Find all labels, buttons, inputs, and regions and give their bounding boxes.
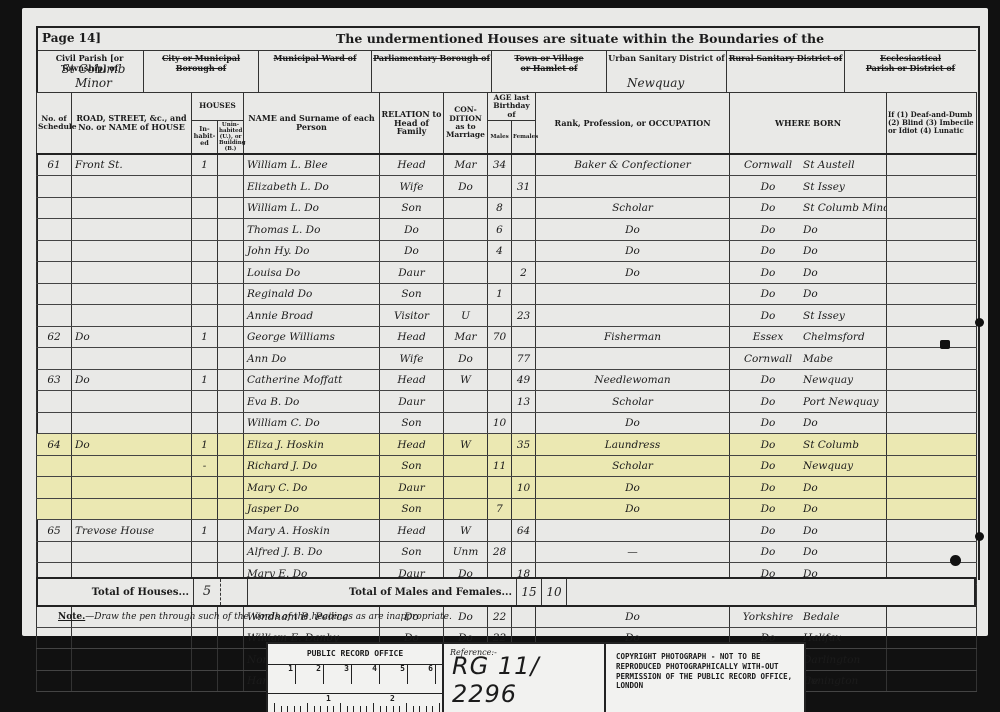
ruler-tick xyxy=(406,703,407,712)
relation: Daur xyxy=(380,262,444,284)
road-name: Do xyxy=(72,369,192,391)
total-houses-value: 5 xyxy=(193,579,221,605)
road-name xyxy=(72,670,192,692)
inhabited-count: 1 xyxy=(192,369,218,391)
person-name: William L. Do xyxy=(244,197,380,219)
schedule-number xyxy=(37,197,72,219)
relation: Head xyxy=(380,434,444,456)
total-persons-label: Total of Males and Females... xyxy=(248,587,516,598)
birthplace: CornwallMabe xyxy=(730,348,887,370)
person-name: Alfred J. B. Do xyxy=(244,541,380,563)
road-name xyxy=(72,627,192,649)
infirmity xyxy=(887,348,977,370)
born-place: Do xyxy=(803,482,818,494)
occupation xyxy=(536,520,730,542)
inhabited-count: - xyxy=(192,455,218,477)
col-inhabited: In-habit-ed xyxy=(192,120,218,154)
table-row: Louisa DoDaur2DoDoDo xyxy=(37,262,977,284)
ruler-tick xyxy=(320,706,321,712)
occupation: Scholar xyxy=(536,455,730,477)
born-county: Do xyxy=(733,374,803,386)
inhabited-count xyxy=(192,262,218,284)
col-where-born: WHERE BORN xyxy=(730,93,887,154)
ruler-tick xyxy=(380,706,381,712)
table-row: -Richard J. DoSon11ScholarDoNewquay xyxy=(37,455,977,477)
uninhabited-count xyxy=(218,240,244,262)
condition: U xyxy=(444,305,488,327)
road-name: Do xyxy=(72,326,192,348)
born-county: Do xyxy=(733,396,803,408)
schedule-number xyxy=(37,649,72,671)
birthplace: DoDo xyxy=(730,498,887,520)
born-place: Do xyxy=(803,546,818,558)
road-name xyxy=(72,262,192,284)
inhabited-count: 1 xyxy=(192,326,218,348)
road-name xyxy=(72,412,192,434)
ruler-tick xyxy=(360,706,361,712)
uninhabited-count xyxy=(218,670,244,692)
col-name: NAME and Surname of each Person xyxy=(244,93,380,154)
road-name xyxy=(72,649,192,671)
inhabited-count: 1 xyxy=(192,154,218,176)
person-name: William C. Do xyxy=(244,412,380,434)
schedule-number xyxy=(37,262,72,284)
schedule-number xyxy=(37,305,72,327)
schedule-number xyxy=(37,240,72,262)
uninhabited-count xyxy=(218,391,244,413)
age-male xyxy=(488,434,512,456)
age-female xyxy=(512,283,536,305)
total-houses-label: Total of Houses... xyxy=(38,587,193,598)
table-row: Jasper DoSon7DoDoDo xyxy=(37,498,977,520)
age-male xyxy=(488,369,512,391)
inhabited-count xyxy=(192,670,218,692)
age-male xyxy=(488,477,512,499)
age-male: 22 xyxy=(488,606,512,628)
ruler-number: 1 xyxy=(326,694,331,703)
inhabited-count xyxy=(192,219,218,241)
condition xyxy=(444,455,488,477)
birthplace: YorkshireBedale xyxy=(730,606,887,628)
inhabited-count: 1 xyxy=(192,434,218,456)
uninhabited-count xyxy=(218,627,244,649)
born-place: Do xyxy=(803,267,818,279)
scale-cell: 6 xyxy=(408,664,436,684)
born-county: Essex xyxy=(733,331,803,343)
table-row: 61Front St.1William L. BleeHeadMar34Bake… xyxy=(37,154,977,176)
condition xyxy=(444,262,488,284)
division-municipal-ward: Municipal Ward of xyxy=(259,50,372,92)
born-place: St Issey xyxy=(803,310,845,322)
uninhabited-count xyxy=(218,197,244,219)
born-place: Newquay xyxy=(803,460,853,472)
total-females: 10 xyxy=(542,579,567,605)
infirmity xyxy=(887,541,977,563)
uninhabited-count xyxy=(218,541,244,563)
col-age: AGE last Birthday of xyxy=(488,93,536,121)
occupation xyxy=(536,305,730,327)
road-name xyxy=(72,305,192,327)
ruler: 12 xyxy=(268,693,442,712)
occupation: Do xyxy=(536,262,730,284)
age-female xyxy=(512,240,536,262)
infirmity xyxy=(887,154,977,176)
infirmity xyxy=(887,455,977,477)
born-place: Mabe xyxy=(803,353,833,365)
born-county: Do xyxy=(733,181,803,193)
born-county: Cornwall xyxy=(733,159,803,171)
road-name xyxy=(72,391,192,413)
col-schedule: No. of Schedule xyxy=(37,93,72,154)
inhabited-count: 1 xyxy=(192,520,218,542)
relation: Do xyxy=(380,240,444,262)
record-office-title: PUBLIC RECORD OFFICE xyxy=(268,644,442,665)
person-name: John Hy. Do xyxy=(244,240,380,262)
table-row: William C. DoSon10DoDoDo xyxy=(37,412,977,434)
uninhabited-count xyxy=(218,498,244,520)
condition xyxy=(444,197,488,219)
col-uninhabited: Unin-habited (U.), or Building (B.) xyxy=(218,120,244,154)
relation: Visitor xyxy=(380,305,444,327)
schedule-number: 64 xyxy=(37,434,72,456)
condition: Unm xyxy=(444,541,488,563)
inhabited-count xyxy=(192,197,218,219)
relation: Son xyxy=(380,283,444,305)
totals-row: Total of Houses... 5 Total of Males and … xyxy=(36,577,976,607)
occupation: Do xyxy=(536,606,730,628)
born-county: Do xyxy=(733,460,803,472)
schedule-number xyxy=(37,498,72,520)
condition: W xyxy=(444,369,488,391)
born-county: Do xyxy=(733,224,803,236)
table-row: Ann DoWifeDo77CornwallMabe xyxy=(37,348,977,370)
born-county: Do xyxy=(733,482,803,494)
table-row: 64Do1Eliza J. HoskinHeadW35LaundressDoSt… xyxy=(37,434,977,456)
age-male: 11 xyxy=(488,455,512,477)
uninhabited-count xyxy=(218,326,244,348)
ruler-tick xyxy=(426,706,427,712)
ruler-tick xyxy=(353,706,354,712)
total-spacer xyxy=(221,579,248,605)
age-female xyxy=(512,326,536,348)
person-name: Thomas L. Do xyxy=(244,219,380,241)
schedule-number xyxy=(37,477,72,499)
person-name: George Williams xyxy=(244,326,380,348)
col-condition: CON-DITION as to Marriage xyxy=(444,93,488,154)
ruler-tick xyxy=(393,706,394,712)
ruler-tick xyxy=(281,706,282,712)
ruler-tick xyxy=(314,706,315,712)
inhabited-count xyxy=(192,283,218,305)
occupation: Do xyxy=(536,219,730,241)
schedule-number xyxy=(37,176,72,198)
ruler-tick xyxy=(419,706,420,712)
birthplace: DoDo xyxy=(730,219,887,241)
relation: Do xyxy=(380,219,444,241)
infirmity xyxy=(887,520,977,542)
birthplace: DoDo xyxy=(730,477,887,499)
table-row: Elizabeth L. DoWifeDo31DoSt Issey xyxy=(37,176,977,198)
birthplace: DoDo xyxy=(730,520,887,542)
total-males: 15 xyxy=(516,579,542,605)
birthplace: DoDo xyxy=(730,262,887,284)
person-name: Annie Broad xyxy=(244,305,380,327)
schedule-number xyxy=(37,670,72,692)
birthplace: DoSt Issey xyxy=(730,305,887,327)
age-female: 49 xyxy=(512,369,536,391)
ruler-tick xyxy=(340,703,341,712)
condition: Do xyxy=(444,176,488,198)
condition xyxy=(444,240,488,262)
scale-cell: 3 xyxy=(324,664,352,684)
schedule-number xyxy=(37,391,72,413)
condition: Mar xyxy=(444,154,488,176)
division-label: Rural Sanitary District of xyxy=(727,53,844,63)
birthplace: DoNewquay xyxy=(730,369,887,391)
age-female: 35 xyxy=(512,434,536,456)
born-county: Do xyxy=(733,310,803,322)
relation: Son xyxy=(380,455,444,477)
note-lead: Note. xyxy=(58,612,85,622)
relation: Son xyxy=(380,498,444,520)
uninhabited-count xyxy=(218,176,244,198)
age-male: 1 xyxy=(488,283,512,305)
division-ecclesiastical-parish: Ecclesiastical Parish or District of xyxy=(845,50,976,92)
table-row: Alfred J. B. DoSonUnm28—DoDo xyxy=(37,541,977,563)
age-male: 34 xyxy=(488,154,512,176)
inhabited-count xyxy=(192,348,218,370)
age-male: 28 xyxy=(488,541,512,563)
birthplace: DoNewquay xyxy=(730,455,887,477)
infirmity xyxy=(887,197,977,219)
schedule-number: 61 xyxy=(37,154,72,176)
schedule-number xyxy=(37,541,72,563)
age-male xyxy=(488,391,512,413)
condition: W xyxy=(444,520,488,542)
born-county: Do xyxy=(733,417,803,429)
occupation: Fisherman xyxy=(536,326,730,348)
relation: Son xyxy=(380,541,444,563)
born-place: Bedale xyxy=(803,611,839,623)
relation: Wife xyxy=(380,176,444,198)
road-name xyxy=(72,498,192,520)
person-name: Reginald Do xyxy=(244,283,380,305)
ruler-tick xyxy=(347,706,348,712)
birthplace: DoDo xyxy=(730,412,887,434)
infirmity xyxy=(887,326,977,348)
age-female xyxy=(512,606,536,628)
occupation: Needlewoman xyxy=(536,369,730,391)
schedule-number: 63 xyxy=(37,369,72,391)
condition xyxy=(444,283,488,305)
infirmity xyxy=(887,176,977,198)
schedule-number xyxy=(37,455,72,477)
schedule-number xyxy=(37,627,72,649)
born-place: Halifax xyxy=(803,632,841,644)
person-name: Eva B. Do xyxy=(244,391,380,413)
person-name: Richard J. Do xyxy=(244,455,380,477)
birthplace: CornwallSt Austell xyxy=(730,154,887,176)
infirmity xyxy=(887,219,977,241)
condition xyxy=(444,412,488,434)
infirmity xyxy=(887,627,977,649)
condition xyxy=(444,477,488,499)
inhabited-count xyxy=(192,541,218,563)
infirmity xyxy=(887,434,977,456)
division-value: Newquay xyxy=(627,76,684,90)
relation: Son xyxy=(380,197,444,219)
division-civil-parish: Civil Parish [or Township] of St Columb … xyxy=(36,50,144,92)
division-label: City or Municipal Borough of xyxy=(144,53,258,73)
ruler-tick xyxy=(432,706,433,712)
ruler-tick xyxy=(333,706,334,712)
age-male xyxy=(488,176,512,198)
ruler-number: 2 xyxy=(390,694,395,703)
age-female: 23 xyxy=(512,305,536,327)
born-place: Newquay xyxy=(803,374,853,386)
age-female xyxy=(512,498,536,520)
condition xyxy=(444,219,488,241)
infirmity xyxy=(887,240,977,262)
age-female: 2 xyxy=(512,262,536,284)
administrative-divisions: Civil Parish [or Township] of St Columb … xyxy=(36,50,976,94)
relation: Daur xyxy=(380,391,444,413)
col-infirmity: If (1) Deaf-and-Dumb (2) Blind (3) Imbec… xyxy=(887,93,977,154)
division-municipal-borough: City or Municipal Borough of xyxy=(144,50,259,92)
occupation: Do xyxy=(536,412,730,434)
infirmity xyxy=(887,498,977,520)
age-female: 77 xyxy=(512,348,536,370)
condition xyxy=(444,498,488,520)
ruler-tick xyxy=(366,706,367,712)
person-name: Mary C. Do xyxy=(244,477,380,499)
age-female: 13 xyxy=(512,391,536,413)
inhabited-count xyxy=(192,176,218,198)
birthplace: DoSt Issey xyxy=(730,176,887,198)
age-male: 70 xyxy=(488,326,512,348)
person-name: Catherine Moffatt xyxy=(244,369,380,391)
road-name: Trevose House xyxy=(72,520,192,542)
occupation xyxy=(536,176,730,198)
person-name: Ann Do xyxy=(244,348,380,370)
table-row: 62Do1George WilliamsHeadMar70FishermanEs… xyxy=(37,326,977,348)
copyright-block: COPYRIGHT PHOTOGRAPH - NOT TO BE REPRODU… xyxy=(606,644,804,712)
age-male: 7 xyxy=(488,498,512,520)
born-place: Do xyxy=(803,288,818,300)
inhabited-count xyxy=(192,305,218,327)
condition: Mar xyxy=(444,326,488,348)
born-place: Do xyxy=(803,224,818,236)
born-county: Yorkshire xyxy=(733,611,803,623)
born-place: Do xyxy=(803,417,818,429)
ink-blot xyxy=(975,318,984,327)
uninhabited-count xyxy=(218,283,244,305)
division-label: Ecclesiastical Parish or District of xyxy=(845,53,976,73)
division-label: Town or Village or Hamlet of xyxy=(492,53,606,73)
born-place: Do xyxy=(803,525,818,537)
note-text: —Draw the pen through such of the words … xyxy=(85,612,452,622)
age-female xyxy=(512,455,536,477)
born-place: Do xyxy=(803,245,818,257)
ruler-tick xyxy=(386,706,387,712)
birthplace: DoDo xyxy=(730,240,887,262)
inhabited-count xyxy=(192,477,218,499)
footnote: Note.—Draw the pen through such of the w… xyxy=(58,612,452,622)
relation: Head xyxy=(380,326,444,348)
occupation: Scholar xyxy=(536,391,730,413)
age-female: 64 xyxy=(512,520,536,542)
division-urban-sanitary: Urban Sanitary District of Newquay xyxy=(607,50,727,92)
condition: W xyxy=(444,434,488,456)
occupation: Do xyxy=(536,240,730,262)
ruler-tick xyxy=(413,706,414,712)
uninhabited-count xyxy=(218,219,244,241)
born-county: Do xyxy=(733,439,803,451)
infirmity xyxy=(887,369,977,391)
born-place: St Columb Minor xyxy=(803,202,887,214)
born-place: St Columb xyxy=(803,439,859,451)
person-name: Eliza J. Hoskin xyxy=(244,434,380,456)
division-label: Parliamentary Borough of xyxy=(372,53,491,63)
record-office-scale: PUBLIC RECORD OFFICE 123456 12 xyxy=(268,644,444,712)
birthplace: DoSt Columb Minor xyxy=(730,197,887,219)
born-place: Darlington xyxy=(803,654,860,666)
ruler-tick xyxy=(439,703,440,712)
col-relation: RELATION to Head of Family xyxy=(380,93,444,154)
table-row: Annie BroadVisitorU23DoSt Issey xyxy=(37,305,977,327)
table-row: Thomas L. DoDo6DoDoDo xyxy=(37,219,977,241)
schedule-number xyxy=(37,219,72,241)
road-name xyxy=(72,240,192,262)
uninhabited-count xyxy=(218,520,244,542)
infirmity xyxy=(887,391,977,413)
age-female xyxy=(512,412,536,434)
born-place: Port Newquay xyxy=(803,396,879,408)
relation: Head xyxy=(380,369,444,391)
col-females: Females xyxy=(512,120,536,154)
uninhabited-count xyxy=(218,154,244,176)
condition xyxy=(444,391,488,413)
scale-cell: 1 xyxy=(268,664,296,684)
ruler-tick xyxy=(274,703,275,712)
road-name xyxy=(72,197,192,219)
scale-cell: 2 xyxy=(296,664,324,684)
uninhabited-count xyxy=(218,455,244,477)
inhabited-count xyxy=(192,412,218,434)
age-female xyxy=(512,219,536,241)
born-county: Do xyxy=(733,202,803,214)
age-female xyxy=(512,154,536,176)
schedule-number: 65 xyxy=(37,520,72,542)
age-male xyxy=(488,348,512,370)
ruler-tick xyxy=(294,706,295,712)
ink-blot xyxy=(950,555,961,566)
uninhabited-count xyxy=(218,434,244,456)
occupation: Laundress xyxy=(536,434,730,456)
infirmity xyxy=(887,305,977,327)
person-name: Elizabeth L. Do xyxy=(244,176,380,198)
born-place: St Austell xyxy=(803,159,855,171)
scale-cell: 5 xyxy=(380,664,408,684)
occupation xyxy=(536,348,730,370)
infirmity xyxy=(887,670,977,692)
record-office-label: PUBLIC RECORD OFFICE 123456 12 Reference… xyxy=(266,642,806,712)
schedule-number xyxy=(37,283,72,305)
infirmity xyxy=(887,477,977,499)
table-row: 63Do1Catherine MoffattHeadW49Needlewoman… xyxy=(37,369,977,391)
person-name: Jasper Do xyxy=(244,498,380,520)
relation: Daur xyxy=(380,477,444,499)
